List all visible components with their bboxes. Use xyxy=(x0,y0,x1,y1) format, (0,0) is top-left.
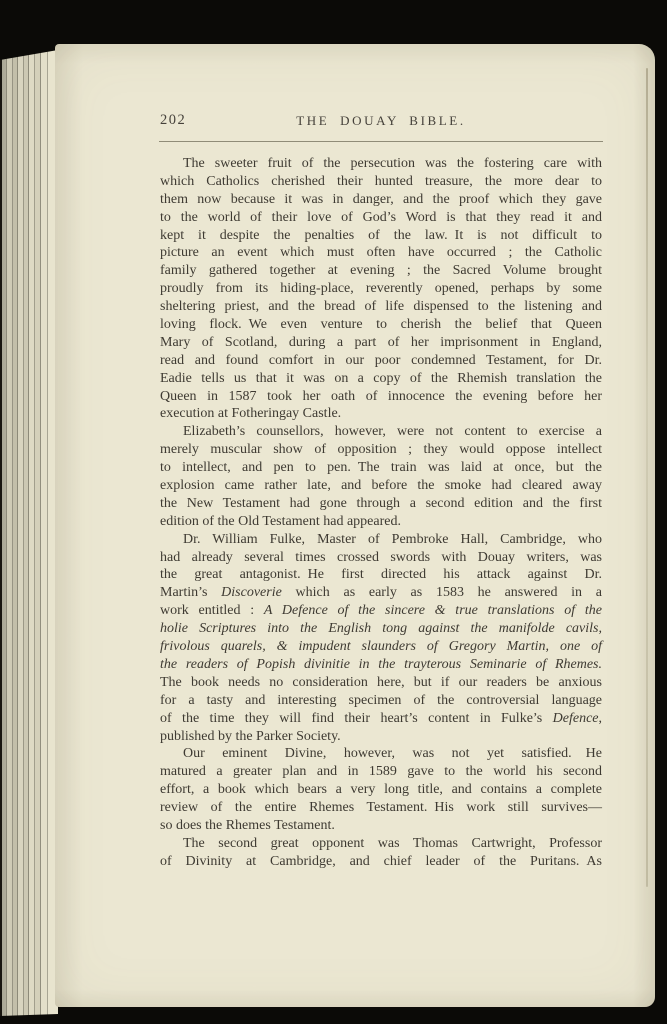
page-body: The sweeter fruit of the persecution was… xyxy=(160,155,602,871)
text-line: effort, a book which bears a very long t… xyxy=(160,781,602,799)
text-line: family gathered together at evening ; th… xyxy=(160,262,602,280)
paragraph: The sweeter fruit of the persecution was… xyxy=(160,155,602,423)
text-line: so does the Rhemes Testament. xyxy=(160,817,602,835)
book-page: 202 THE DOUAY BIBLE. The sweeter fruit o… xyxy=(55,44,655,1007)
text-line: loving flock. We even venture to cherish… xyxy=(160,316,602,334)
text-line: the great antagonist. He first directed … xyxy=(160,566,602,584)
text-line: to the world of their love of God’s Word… xyxy=(160,209,602,227)
page-crease xyxy=(646,68,648,887)
text-line: edition of the Old Testament had appeare… xyxy=(160,513,602,531)
paragraph: Dr. William Fulke, Master of Pembroke Ha… xyxy=(160,531,602,746)
text-line: kept it despite the penalties of the law… xyxy=(160,227,602,245)
running-header: 202 THE DOUAY BIBLE. xyxy=(160,112,602,132)
text-line: had already several times crossed swords… xyxy=(160,549,602,567)
text-line: The sweeter fruit of the persecution was… xyxy=(160,155,602,173)
paragraph: Our eminent Divine, however, was not yet… xyxy=(160,745,602,834)
text-line: Elizabeth’s counsellors, however, were n… xyxy=(160,423,602,441)
text-line: read and found comfort in our poor conde… xyxy=(160,352,602,370)
text-line: execution at Fotheringay Castle. xyxy=(160,405,602,423)
text-line: review of the entire Rhemes Testament. H… xyxy=(160,799,602,817)
text-line: The second great opponent was Thomas Car… xyxy=(160,835,602,853)
text-line: published by the Parker Society. xyxy=(160,728,602,746)
text-line: work entitled : A Defence of the sincere… xyxy=(160,602,602,620)
text-line: Eadie tells us that it was on a copy of … xyxy=(160,370,602,388)
text-line: Mary of Scotland, during a part of her i… xyxy=(160,334,602,352)
running-title: THE DOUAY BIBLE. xyxy=(160,113,602,129)
text-line: the New Testament had gone through a sec… xyxy=(160,495,602,513)
text-line: Dr. William Fulke, Master of Pembroke Ha… xyxy=(160,531,602,549)
paragraph: The second great opponent was Thomas Car… xyxy=(160,835,602,871)
text-line: of Divinity at Cambridge, and chief lead… xyxy=(160,853,602,871)
text-line: to intellect, and pen to pen. The train … xyxy=(160,459,602,477)
scanner-background: { "colors": { "paper": "#ebe7d2", "backg… xyxy=(0,0,667,1024)
text-line: Queen in 1587 took her oath of innocence… xyxy=(160,388,602,406)
text-line: for a tasty and interesting specimen of … xyxy=(160,692,602,710)
text-line: Our eminent Divine, however, was not yet… xyxy=(160,745,602,763)
header-rule xyxy=(159,141,603,142)
text-line: matured a greater plan and in 1589 gave … xyxy=(160,763,602,781)
text-line: Martin’s Discoverie which as early as 15… xyxy=(160,584,602,602)
text-line: merely muscular show of opposition ; the… xyxy=(160,441,602,459)
text-line: them now because it was in danger, and t… xyxy=(160,191,602,209)
text-line: the readers of Popish divinitie in the t… xyxy=(160,656,602,674)
text-line: holie Scriptures into the English tong a… xyxy=(160,620,602,638)
text-line: proudly from its hiding-place, reverentl… xyxy=(160,280,602,298)
text-line: The book needs no consideration here, bu… xyxy=(160,674,602,692)
text-line: picture an event which must often have o… xyxy=(160,244,602,262)
text-line: of the time they will find their heart’s… xyxy=(160,710,602,728)
text-line: frivolous quarels, & impudent slaunders … xyxy=(160,638,602,656)
text-line: explosion came rather late, and before t… xyxy=(160,477,602,495)
text-line: which Catholics cherished their hunted t… xyxy=(160,173,602,191)
page-edges-stack xyxy=(0,50,58,1016)
text-line: sheltering priest, and the bread of life… xyxy=(160,298,602,316)
paragraph: Elizabeth’s counsellors, however, were n… xyxy=(160,423,602,530)
